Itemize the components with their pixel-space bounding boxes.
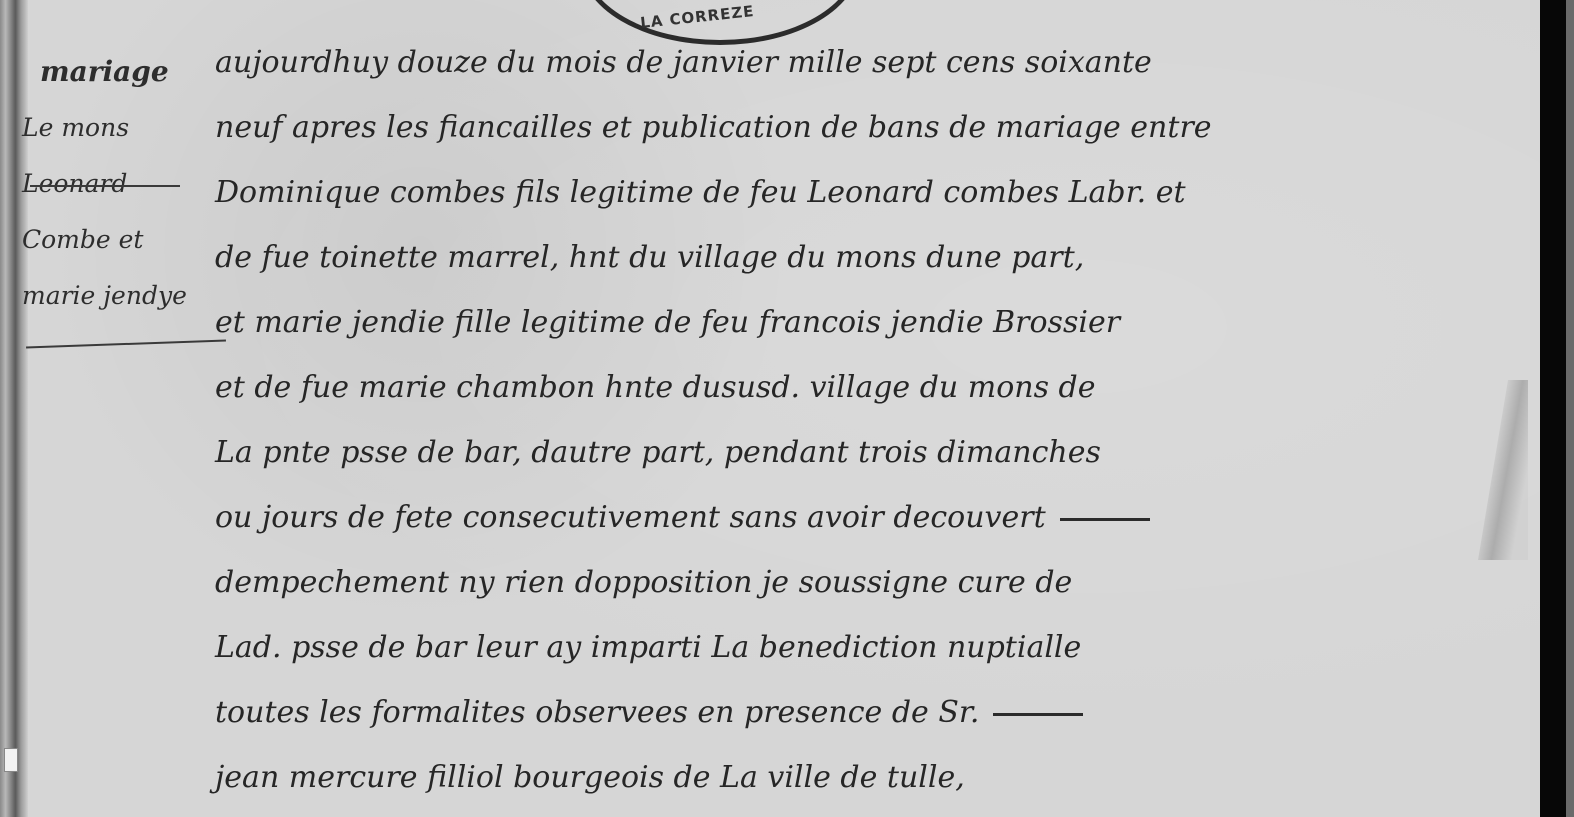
record-line: et marie jendie fille legitime de feu fr…: [215, 290, 1495, 355]
margin-rule: [30, 185, 180, 187]
record-line: et de fue marie chambon hnte dususd. vil…: [215, 355, 1495, 420]
document-scan: LA CORREZE mariage Le mons Leonard Combe…: [0, 0, 1540, 817]
record-line: dempechement ny rien dopposition je sous…: [215, 550, 1495, 615]
record-line: de fue toinette marrel, hnt du village d…: [215, 225, 1495, 290]
record-line: La pnte psse de bar, dautre part, pendan…: [215, 420, 1495, 485]
line-filler-dash: [993, 713, 1083, 716]
record-body: aujourdhuy douze du mois de janvier mill…: [215, 30, 1495, 810]
binding-tab: [4, 748, 18, 772]
margin-line: Combe et: [22, 212, 222, 268]
record-line-text: ou jours de fete consecutivement sans av…: [215, 500, 1046, 535]
record-line: ou jours de fete consecutivement sans av…: [215, 485, 1495, 550]
margin-title: mariage: [40, 44, 222, 100]
margin-annotation: mariage Le mons Leonard Combe et marie j…: [22, 44, 222, 324]
scan-border-strip: [1566, 0, 1574, 817]
margin-line: Leonard: [22, 156, 222, 212]
record-line: Lad. psse de bar leur ay imparti La bene…: [215, 615, 1495, 680]
record-line: neuf apres les fiancailles et publicatio…: [215, 95, 1495, 160]
scan-border: [1540, 0, 1574, 817]
record-line: aujourdhuy douze du mois de janvier mill…: [215, 30, 1495, 95]
record-line: jean mercure filliol bourgeois de La vil…: [215, 745, 1495, 810]
line-filler-dash: [1060, 518, 1150, 521]
margin-line: Le mons: [22, 100, 222, 156]
record-line: Dominique combes fils legitime de feu Le…: [215, 160, 1495, 225]
record-line: toutes les formalites observees en prese…: [215, 680, 1495, 745]
record-line-text: toutes les formalites observees en prese…: [215, 695, 979, 730]
margin-rule: [26, 340, 226, 349]
margin-line: marie jendye: [22, 268, 222, 324]
